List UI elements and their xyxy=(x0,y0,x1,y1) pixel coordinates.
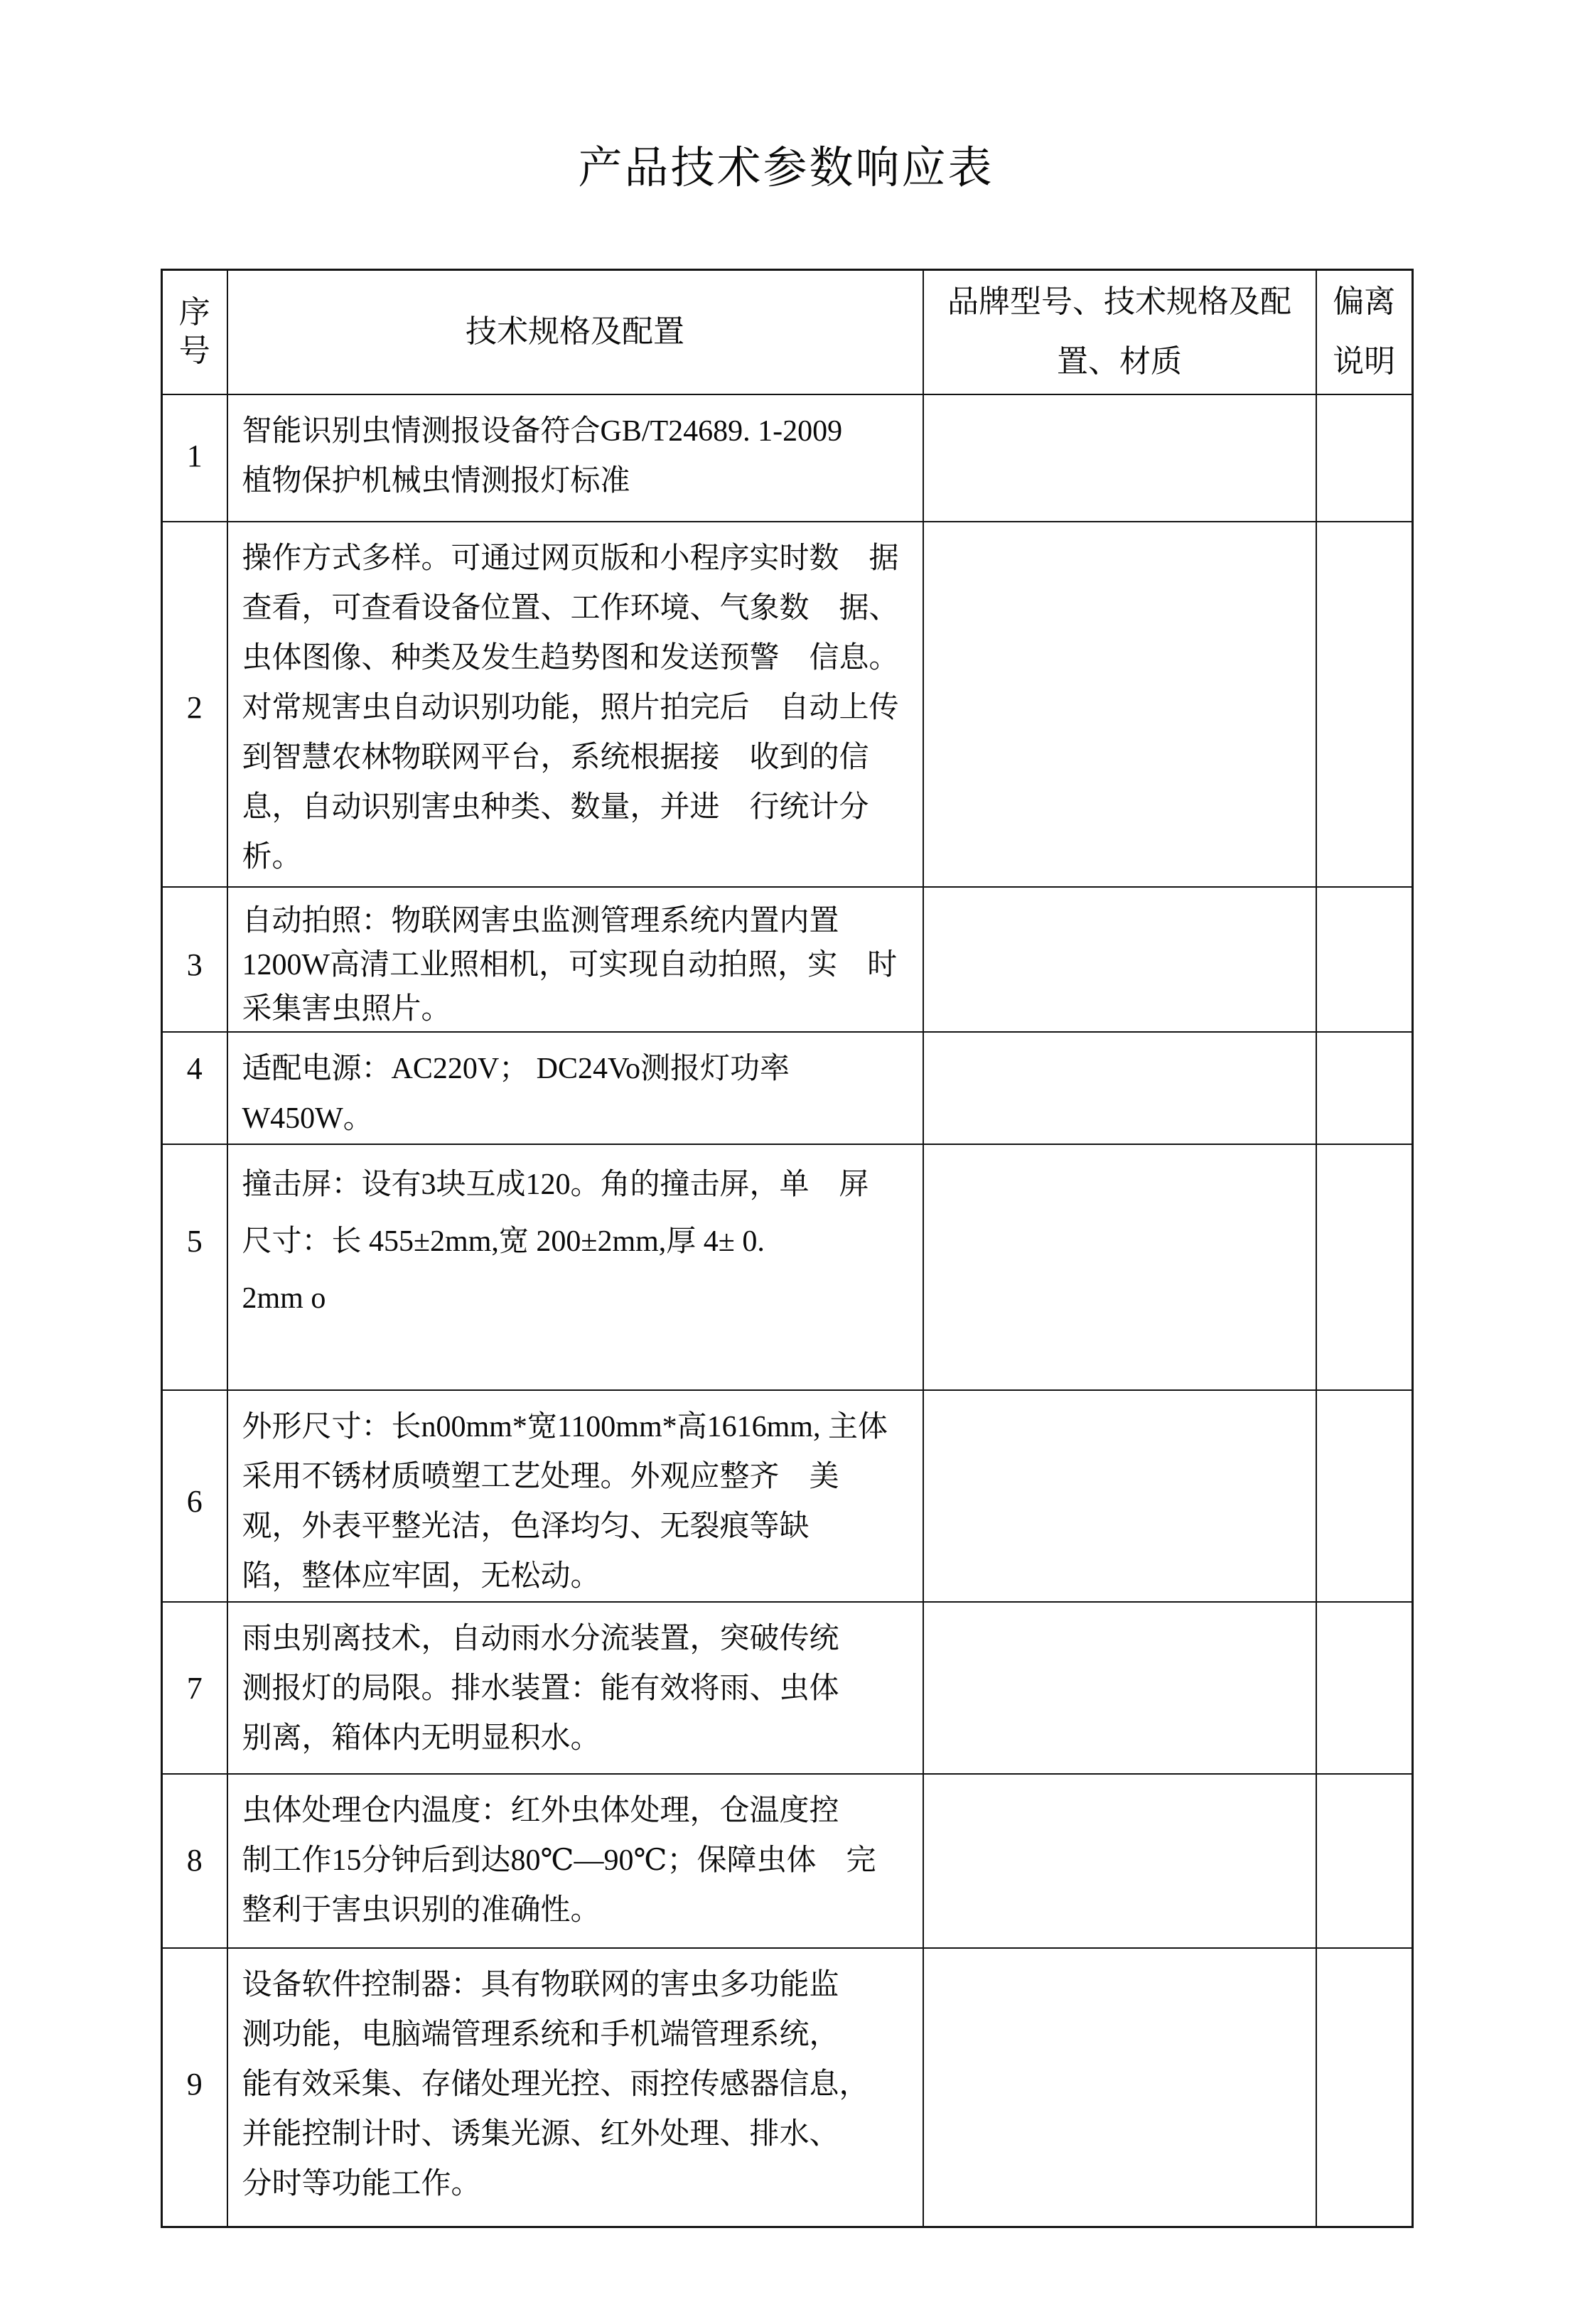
row-number: 9 xyxy=(163,1960,227,2209)
row-number-cell: 6 xyxy=(162,1390,227,1602)
table-row: 2 操作方式多样。可通过网页版和小程序实时数 据 查看，可查看设备位置、工作环境… xyxy=(162,522,1413,887)
table-row: 6 外形尺寸：长n00mm*宽1100mm*高1616mm, 主体 采用不锈材质… xyxy=(162,1390,1413,1602)
spec-text-cell: 适配电源：AC220V； DC24Vo测报灯功率W450W。 xyxy=(227,1032,923,1144)
row-number: 1 xyxy=(163,407,227,506)
spec-text-cell: 智能识别虫情测报设备符合GB/T24689. 1-2009 植物保护机械虫情测报… xyxy=(227,394,923,522)
header-row: 序 号 技术规格及配置 品牌型号、技术规格及配 置、材质 偏离 说明 xyxy=(162,270,1413,394)
row-number-cell: 2 xyxy=(162,522,227,887)
deviation-fill-cell xyxy=(1316,1774,1413,1948)
row-number-cell: 1 xyxy=(162,394,227,522)
table-row: 7 雨虫别离技术，自动雨水分流装置，突破传统 测报灯的局限。排水装置：能有效将雨… xyxy=(162,1602,1413,1774)
table-row: 3 自动拍照：物联网害虫监测管理系统内置内置 1200W高清工业照相机，可实现自… xyxy=(162,887,1413,1032)
deviation-fill-cell xyxy=(1316,887,1413,1032)
row-number: 6 xyxy=(163,1402,227,1601)
spec-table: 序 号 技术规格及配置 品牌型号、技术规格及配 置、材质 偏离 说明 1 智能识… xyxy=(161,269,1414,2228)
spec-text-cell: 撞击屏：设有3块互成120。角的撞击屏，单 屏 尺寸：长 455±2mm,宽 2… xyxy=(227,1144,923,1390)
brand-fill-cell xyxy=(923,1948,1316,2227)
row-number: 7 xyxy=(163,1614,227,1763)
column-header-seq: 序 号 xyxy=(162,270,227,394)
brand-fill-cell xyxy=(923,1144,1316,1390)
table-row: 1 智能识别虫情测报设备符合GB/T24689. 1-2009 植物保护机械虫情… xyxy=(162,394,1413,522)
deviation-fill-cell xyxy=(1316,1144,1413,1390)
row-number: 5 xyxy=(163,1156,227,1327)
deviation-fill-cell xyxy=(1316,1032,1413,1144)
deviation-fill-cell xyxy=(1316,394,1413,522)
row-number-cell: 9 xyxy=(162,1948,227,2227)
spec-text-cell: 雨虫别离技术，自动雨水分流装置，突破传统 测报灯的局限。排水装置：能有效将雨、虫… xyxy=(227,1602,923,1774)
brand-fill-cell xyxy=(923,1032,1316,1144)
deviation-fill-cell xyxy=(1316,1602,1413,1774)
deviation-fill-cell xyxy=(1316,1390,1413,1602)
column-header-deviation: 偏离 说明 xyxy=(1316,270,1413,394)
row-number-cell: 8 xyxy=(162,1774,227,1948)
page-title: 产品技术参数响应表 xyxy=(161,146,1412,190)
row-number: 3 xyxy=(163,899,227,1031)
deviation-fill-cell xyxy=(1316,522,1413,887)
row-number: 2 xyxy=(163,534,227,882)
table-row: 4 适配电源：AC220V； DC24Vo测报灯功率W450W。 xyxy=(162,1032,1413,1144)
brand-fill-cell xyxy=(923,887,1316,1032)
column-header-spec: 技术规格及配置 xyxy=(227,270,923,394)
brand-fill-cell xyxy=(923,522,1316,887)
deviation-fill-cell xyxy=(1316,1948,1413,2227)
spec-text-cell: 虫体处理仓内温度：红外虫体处理，仓温度控 制工作15分钟后到达80℃—90℃；保… xyxy=(227,1774,923,1948)
table-row: 8 虫体处理仓内温度：红外虫体处理，仓温度控 制工作15分钟后到达80℃—90℃… xyxy=(162,1774,1413,1948)
spec-text-cell: 操作方式多样。可通过网页版和小程序实时数 据 查看，可查看设备位置、工作环境、气… xyxy=(227,522,923,887)
column-header-brand: 品牌型号、技术规格及配 置、材质 xyxy=(923,270,1316,394)
table-row: 5 撞击屏：设有3块互成120。角的撞击屏，单 屏 尺寸：长 455±2mm,宽… xyxy=(162,1144,1413,1390)
brand-fill-cell xyxy=(923,1390,1316,1602)
row-number-cell: 4 xyxy=(162,1032,227,1144)
row-number-cell: 3 xyxy=(162,887,227,1032)
document-page: { "page": { "title": "产品技术参数响应表" }, "tab… xyxy=(0,0,1570,2324)
row-number-cell: 5 xyxy=(162,1144,227,1390)
row-number: 8 xyxy=(163,1786,227,1935)
spec-text-cell: 自动拍照：物联网害虫监测管理系统内置内置 1200W高清工业照相机，可实现自动拍… xyxy=(227,887,923,1032)
brand-fill-cell xyxy=(923,394,1316,522)
row-number: 4 xyxy=(163,1044,227,1094)
brand-fill-cell xyxy=(923,1774,1316,1948)
row-number-cell: 7 xyxy=(162,1602,227,1774)
spec-text-cell: 外形尺寸：长n00mm*宽1100mm*高1616mm, 主体 采用不锈材质喷塑… xyxy=(227,1390,923,1602)
spec-text-cell: 设备软件控制器：具有物联网的害虫多功能监 测功能，电脑端管理系统和手机端管理系统… xyxy=(227,1948,923,2227)
table-row: 9 设备软件控制器：具有物联网的害虫多功能监 测功能，电脑端管理系统和手机端管理… xyxy=(162,1948,1413,2227)
brand-fill-cell xyxy=(923,1602,1316,1774)
